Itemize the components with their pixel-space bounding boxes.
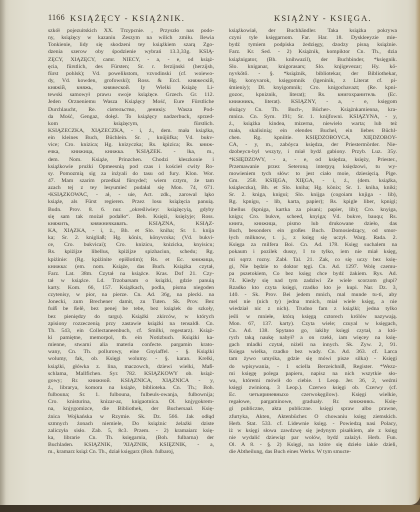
text-line: wany, Cn. Th. pollurowy, eine Gnyiaffel.… <box>48 349 214 356</box>
text-line: Mon. 67, 137. karty). Czyta wiele; czuya… <box>229 321 397 328</box>
text-line: ce, Cro. bukvicai); Cro. knizicu, knizic… <box>48 242 214 249</box>
text-line: Rzadko kto czyta księgi, rzadko kto je k… <box>229 285 397 292</box>
text-line: Przemawanie przez Seteroną interpyą księ… <box>229 164 397 171</box>
text-line: KSIĄŻECZKA, XIĄŻECZKA, - i, ż., dem. mał… <box>48 128 214 135</box>
text-line: zpisiony rozzeczenią przy zastawie książ… <box>48 321 214 328</box>
text-line: 74. Kiedy się nad tym zadziwi Ze wiele s… <box>229 278 397 285</box>
text-line: libellus (kpniga, kartka za pisani; papi… <box>229 207 397 214</box>
text-line: Ec. четьириневныхо czerwokęgilow). Księg… <box>229 392 397 399</box>
text-line: na, knjygomizce, die Bibliothek, der Buc… <box>48 406 214 413</box>
text-line: ŻĘCY, XIĄŻĘCY, camr. NIECY, - a, - e, od… <box>48 57 214 64</box>
text-line: bez pieniędzy do targu). Książki zkirców… <box>48 314 214 321</box>
text-line: śmieniy); Dl. knyigomnik; Cro. knigochav… <box>229 85 397 92</box>
page-edge <box>415 0 420 505</box>
text-line: ęcia, fürstlich, des Fürsten; Sr. r. fer… <box>48 64 214 71</box>
text-line: Farz. Kr. Sed. - 2) Książnik, kompiktor … <box>229 49 397 56</box>
text-line: mowieniem tych słów: to jest ciało moie,… <box>229 171 397 178</box>
text-line: ż., librarya, komora na książe, bibliote… <box>48 385 214 392</box>
text-line: nyvkötő. - §. *książnik, bibliotekar, de… <box>229 71 397 78</box>
text-line: fulbouna; Sr. 1. fulbouna, fulbeuls-owan… <box>48 392 214 399</box>
text-line: Sr. 2. kniga, knigui; Slo. knijga (cogoi… <box>229 192 397 199</box>
text-line: rych taką naukę nabył? a on rzekł, iam w… <box>229 335 397 342</box>
text-line: mnica. Cn. Sym. 191; Sr. 1. knijfowni. K… <box>229 114 397 121</box>
text-line: Jeden Orzneniemu Wasza Książęcy Mość, Eu… <box>48 99 214 106</box>
text-line: книжникъ, literat). KSIĄŻNY, - a, - e, k… <box>229 99 397 106</box>
text-line: Durchlaucht, Re. сіятельство, деникіу. W… <box>48 107 214 114</box>
text-line: książki, główka z. lina, maczowch, dziew… <box>48 364 214 371</box>
text-line: mała, skalisinią; ein elendes Buchel, ei… <box>229 128 397 135</box>
text-line: gi, Nie będzie to doktor tęgi. Cn. Ad. 1… <box>229 264 397 271</box>
scanned-page: 1166 KSIĄŻĘCY - KSIĄŻNIK. KSIĄŻNY - KSIĘ… <box>0 0 420 505</box>
text-line: Rg. kpnigu, - lib, karta, papier); Rs. k… <box>229 199 397 206</box>
text-line: Cro. knisturina, knizar-az, knigaotnica.… <box>48 399 214 406</box>
text-line: книжка: (em. nom. Książe, das Buch. Ksią… <box>48 264 214 271</box>
text-line: kom książęcym, fürstlich. <box>48 121 214 128</box>
text-line: zaliczyła sisło. Zab. 5, 8c3. Przem. - 2… <box>48 428 214 435</box>
text-line: gozoc, kpniznik, literat); Rs. книгохран… <box>229 92 397 99</box>
text-line: Budn. Prov. 8. 6. nur. „określiwiey: ksi… <box>48 207 214 214</box>
text-line: dzobeycn-byl wszyty, i miał bydź gabiony… <box>229 149 397 156</box>
text-line: książkowiał, der Buchhändler. Taka książ… <box>229 28 397 35</box>
text-line: kpiżinie: (Rg. kpiżinite epišlotim); Rs.… <box>48 257 214 264</box>
text-line: mienne, stwarni alia materia confecte. p… <box>48 342 214 349</box>
text-line: mel nie (nich ty) jedna mnich, miał wiel… <box>229 299 397 306</box>
text-line: Cn. Ad. 138. Spytano go, iakiby księgi c… <box>229 328 397 335</box>
text-line: knigu; Cro. bukve, scheed, knyiga; Vd. b… <box>229 214 397 221</box>
text-line: ż., książka kindea, mizerna, niewielo wa… <box>229 121 397 128</box>
text-line: chen. Rg. kpniitie. KSIĘDZOBOYCA, XIĘDZO… <box>229 135 397 142</box>
text-line: dzenia szerow oby śpodzienie wybrań 13.3… <box>48 49 214 56</box>
text-line: łych milknow, t. j., z księg się uczył. … <box>229 235 397 242</box>
text-line: ечка, книжица, книжка. 'KSIĄŻEK. - lka, … <box>48 149 214 156</box>
text-line: Księga wielka, rzadko bez wady. Cn. Ad. … <box>229 349 397 356</box>
text-line: tewski samowył prawu swoje książęce. Grz… <box>48 92 214 99</box>
text-line: wiedział nic z nich). Trudno fam z książ… <box>229 306 397 313</box>
text-line: księgi zwinioną. 3 Leop.). Czerwo księgi… <box>229 385 397 392</box>
text-line: regałowe, pargaminowe, graduały. Rr. кни… <box>229 399 397 406</box>
text-line: Slo. kniganar, knigorasars; Slo. knjigev… <box>229 64 397 71</box>
text-line: Gm. 258. KSIĘGA, XIĘGA, - i, ż., (dem. k… <box>229 178 397 185</box>
text-line: Buch, besonders ein großes Buch. Domosie… <box>229 228 397 235</box>
text-line: Herb. Stat. 533. cf. Lidewnie księg. - P… <box>229 421 397 428</box>
text-line: vice; Cro. knizica; Hg. knizyczka; Rs. k… <box>48 142 214 149</box>
text-line: tam żywo umyśka, gdzie się mówi pisze si… <box>229 356 397 363</box>
running-head-left: KSIĄŻĘCY - KSIĄŻNIK. <box>70 13 185 23</box>
right-column: książkowiał, der Buchhändler. Taka książ… <box>229 28 397 456</box>
text-line: mi księgę polega papieru, napisz na nich… <box>229 371 397 378</box>
text-line: ny, książęcy w kazaniu Zeszym na wilich … <box>48 35 214 42</box>
text-line: CA, - y, m., zabóyca księdza, der Priest… <box>229 142 397 149</box>
text-line: szmnych żonach niemiele, Do książnic żel… <box>48 421 214 428</box>
text-line: karty. Kom. 66, 157. Książkach, podla, p… <box>48 285 214 292</box>
text-line: bydź tymiem podpiska żedzięgy, dzodzy pi… <box>229 42 397 49</box>
text-line: książe, als Fürst regieren. Przez losu k… <box>48 199 214 206</box>
text-line: Farz. Lat. 38m. Czytał na książce. Kras.… <box>48 271 214 278</box>
text-line: m., kramarz książ Cn. Th., dział księgar… <box>48 449 214 456</box>
text-line: szkół pojezuitskich XX. Trzypcnie. , Prz… <box>48 28 214 35</box>
text-line: gowy; Rr. книжной. KSIĄŻNICA, XIĄŻNICA -… <box>48 378 214 385</box>
text-line: книга, книжица, pismo lub drukowane dzie… <box>229 221 397 228</box>
text-line: nie wydalić dziewiąt par wolów, bydź zal… <box>229 435 397 442</box>
text-line: książkowie prużki Opmeesnią pod czas i k… <box>48 164 214 171</box>
text-line: azach tej z tey lesyumieć pudałal się Mo… <box>48 185 214 192</box>
text-line: княжій, княжь, княжеской. Iy Wielki Ksią… <box>48 85 214 92</box>
text-line: pa pszetokiem, Co bez księg chce bydź ża… <box>229 271 397 278</box>
text-line: Buchladen. KSIĄŻNIK, 'XIĄŻNIK, KSIĘŻNIK,… <box>48 442 214 449</box>
text-line: fuiß be ßelê, bez penej be tebe, bez ksi… <box>48 306 214 313</box>
text-line: służący Cn. Th. Buch-, Bücher-. Książnka… <box>229 107 397 114</box>
text-line: sy. Pomozmią sig za inżyali do tasu od f… <box>48 171 214 178</box>
page-number: 1166 <box>48 13 65 22</box>
text-line: czytenisy, w pior, na pierze. Cn. Ad. 36… <box>48 292 214 299</box>
text-line: Hg. konyvarok, księgomnik (lgeninik, z L… <box>229 78 397 85</box>
gutter-shadow <box>0 0 6 505</box>
text-line: czyni tyle księgarnom. Far. Har. 18. Dys… <box>229 35 397 42</box>
text-line: wa, któremi mówił do ciebie. 1 Leop. Jer… <box>229 378 397 385</box>
text-line: Księga za milfera Boi. Cn. Ad. 178. Księ… <box>229 242 397 249</box>
text-line: fürst pohlsk); Vd. powelikstom, vzvodins… <box>48 71 214 78</box>
text-line: dem. Nom. Książe, Prinzchen. Chodzi kles… <box>48 157 214 164</box>
text-line: Th. 543, ein Collectaneenbuch, cf. Śmilk… <box>48 328 214 335</box>
text-line: do wpisywania, - 1 sciella Berzeichniß, … <box>229 364 397 371</box>
text-line: Rs. kpiżijze libellus, kpiżijze spizhaci… <box>48 249 214 256</box>
text-line: Jonecki, zum Brechener damit, zu Tuten. … <box>48 299 214 306</box>
text-line: ein kleines Buch, Büchlein. Sr. , knüjüf… <box>48 135 214 142</box>
text-line: wolumy, fak, ob. Księgi wolumy. - §. kar… <box>48 356 214 363</box>
book-bottom-edge <box>0 505 420 512</box>
text-line: KA, XIĄŻKA, - i, ż., Bh. et Slo. kniha; … <box>48 228 214 235</box>
left-column: szkół pojezuitskich XX. Trzypcnie. , Prz… <box>48 28 214 456</box>
text-line: żnica Wojkańska w Rzymie. Sk. Dz. 566. J… <box>48 414 214 421</box>
text-line: pokaum i pozilek dussy, I to tylko, iem … <box>229 249 397 256</box>
running-head: 1166 KSIĄŻĘCY - KSIĄŻNIK. KSIĄŻNY - KSIĘ… <box>48 13 402 25</box>
text-line: ki pamiętne, memorpol, tb. ein Notizbuch… <box>48 335 214 342</box>
text-line: jeśli w mniełe, którą księgą cztorech kr… <box>229 314 397 321</box>
text-line: 140. - Sk. Prov. Bei jedem mnich, mal mu… <box>229 292 397 299</box>
text-line: gach mladki czytał, niżeli na innych. Sk… <box>229 342 397 349</box>
text-line: *KSIĘDZOWY, - a, - e, od księdza, księży… <box>229 157 397 164</box>
running-head-right: KSIĄŻNY - KSIĘGA. <box>274 13 372 23</box>
text-line: княжить, княжничкавать. KSIĄŻNA, KSIĄŻ- <box>48 221 214 228</box>
text-line: książnigator, (Bh. knihwazil), der Buchb… <box>229 57 397 64</box>
text-line: ka; Sr. 2. knigliaß; Hg. könix, könyvcsk… <box>48 235 214 242</box>
text-line: zfurtyka, Akten, Aktenbücher. O chowaniu… <box>229 414 397 421</box>
text-line: •KSIĄŻKOWAĆ, - ał, - uie, Act. zdk., zar… <box>48 192 214 199</box>
text-line: dy, Vd. kowden, grofowski); Ross. & Eccl… <box>48 78 214 85</box>
text-line: mi sqrrz rozny. Zabł. Tal. 21. Żak, co s… <box>229 257 397 264</box>
text-line: tał w książce. Ld. Trzobarsam o książki,… <box>48 278 214 285</box>
text-line: książeczka), Bh. et Slo. kniha; Hg. köni… <box>229 185 397 192</box>
text-line: Tonkienie, lidy się skodzeni tey książki… <box>48 42 214 49</box>
text-line: schlama, Mallfichen. Syr. 782. KSIĄŻKOWY… <box>48 371 214 378</box>
text-line: gi publiczne, akta publiczne. księgi spr… <box>229 406 397 413</box>
text-line: 47. Mam szarim przedkal fürsydeć; wiem c… <box>48 178 214 185</box>
text-line: iż w księgi słowa zawdzwę się jedynym pi… <box>229 428 397 435</box>
text-line: da Mość, Gengaz, dołęż. To książęcy nadz… <box>48 114 214 121</box>
text-line: Ol. A 8. - §. 2) Księgi, na które się dz… <box>229 442 397 449</box>
text-line: się sam tak możał podalło“. Beh. Księżi,… <box>48 214 214 221</box>
text-line: die Abtheilung, das Buch eines Werks. W … <box>229 449 397 456</box>
text-line: ka, librarie Cn. Th. księgarnia, (Boh. f… <box>48 435 214 442</box>
